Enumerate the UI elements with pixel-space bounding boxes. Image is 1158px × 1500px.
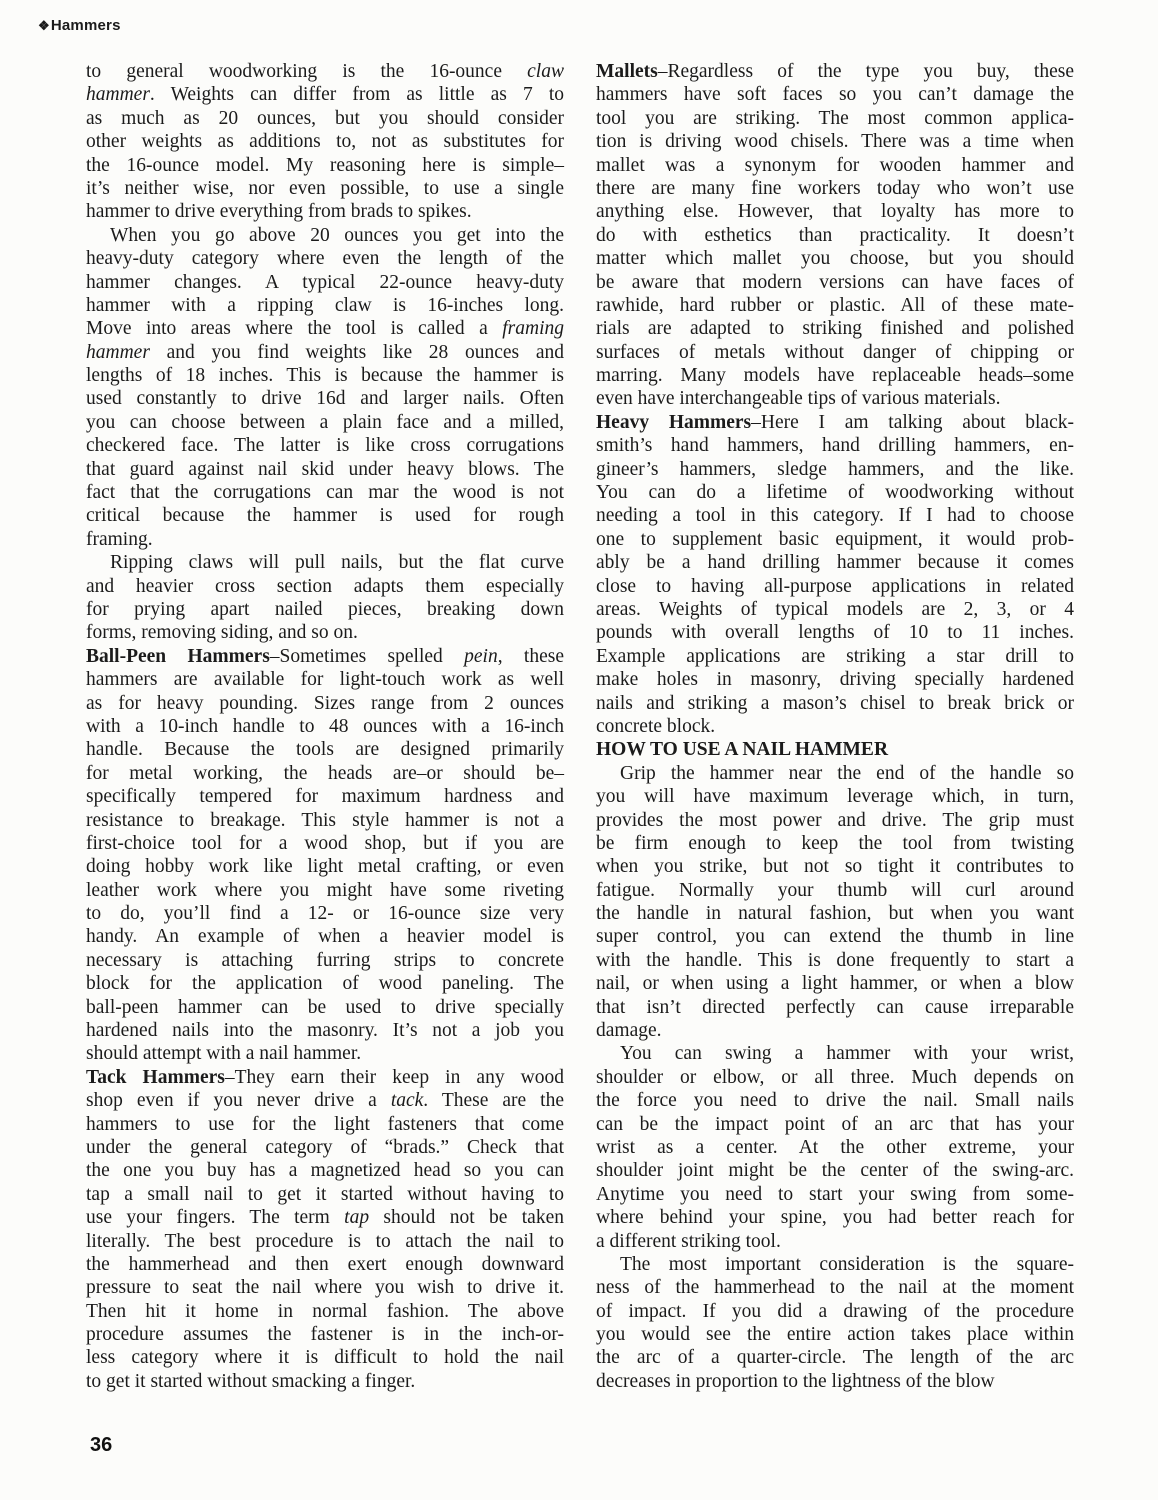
text-line: be aware that modern versions can have f…	[596, 271, 1074, 294]
paragraph: Heavy Hammers–Here I am talking about bl…	[596, 411, 1074, 738]
text-line: that guard against nail skid under heavy…	[86, 458, 564, 481]
text-line: hardened nails into the masonry. It’s no…	[86, 1019, 564, 1042]
text-line: block for the application of wood paneli…	[86, 972, 564, 995]
text-line: hammer and you find weights like 28 ounc…	[86, 341, 564, 364]
left-text-column: to general woodworking is the 16-ounce c…	[86, 60, 564, 1393]
paragraph: Mallets–Regardless of the type you buy, …	[596, 60, 1074, 411]
text-line: You can swing a hammer with your wrist,	[596, 1042, 1074, 1065]
text-line: checkered face. The latter is like cross…	[86, 434, 564, 457]
text-line: used constantly to drive 16d and larger …	[86, 387, 564, 410]
text-line: Then hit it home in normal fashion. The …	[86, 1300, 564, 1323]
text-line: super control, you can extend the thumb …	[596, 925, 1074, 948]
text-line: tap a small nail to get it started witho…	[86, 1183, 564, 1206]
text-line: Example applications are striking a star…	[596, 645, 1074, 668]
text-line: that isn’t directed perfectly can cause …	[596, 996, 1074, 1019]
text-line: nail, or when using a light hammer, or w…	[596, 972, 1074, 995]
text-line: the handle in natural fashion, but when …	[596, 902, 1074, 925]
text-line: hammer changes. A typical 22-ounce heavy…	[86, 271, 564, 294]
text-line: with the handle. This is done frequently…	[596, 949, 1074, 972]
text-line: shop even if you never drive a tack. The…	[86, 1089, 564, 1112]
text-line: Grip the hammer near the end of the hand…	[596, 762, 1074, 785]
text-line: lengths of 18 inches. This is because th…	[86, 364, 564, 387]
text-line: Ripping claws will pull nails, but the f…	[86, 551, 564, 574]
text-line: hammers are available for light-touch wo…	[86, 668, 564, 691]
page-number: 36	[90, 1434, 112, 1457]
text-line: shoulder joint might be the center of th…	[596, 1159, 1074, 1182]
text-line: to do, you’ll find a 12- or 16-ounce siz…	[86, 902, 564, 925]
text-line: should attempt with a nail hammer.	[86, 1042, 564, 1065]
text-line: surfaces of metals without danger of chi…	[596, 341, 1074, 364]
text-line: Tack Hammers–They earn their keep in any…	[86, 1066, 564, 1089]
text-line: matter which mallet you choose, but you …	[596, 247, 1074, 270]
text-line: pressure to seat the nail where you wish…	[86, 1276, 564, 1299]
paragraph: Grip the hammer near the end of the hand…	[596, 762, 1074, 1043]
text-line: less category where it is difficult to h…	[86, 1346, 564, 1369]
text-line: Ball-Peen Hammers–Sometimes spelled pein…	[86, 645, 564, 668]
text-line: tion is driving wood chisels. There was …	[596, 130, 1074, 153]
text-line: decreases in proportion to the lightness…	[596, 1370, 1074, 1393]
text-line: with a 10-inch handle to 48 ounces with …	[86, 715, 564, 738]
paragraph: You can swing a hammer with your wrist,s…	[596, 1042, 1074, 1253]
text-line: gineer’s hammers, sledge hammers, and th…	[596, 458, 1074, 481]
text-line: one to supplement basic equipment, it wo…	[596, 528, 1074, 551]
text-line: can be the impact point of an arc that h…	[596, 1113, 1074, 1136]
text-line: tool you are striking. The most common a…	[596, 107, 1074, 130]
text-line: ball-peen hammer can be used to drive sp…	[86, 996, 564, 1019]
text-line: rials are adapted to striking finished a…	[596, 317, 1074, 340]
text-line: wrist as a center. At the other extreme,…	[596, 1136, 1074, 1159]
text-line: of impact. If you did a drawing of the p…	[596, 1300, 1074, 1323]
text-line: close to having all-purpose applications…	[596, 575, 1074, 598]
paragraph: Ball-Peen Hammers–Sometimes spelled pein…	[86, 645, 564, 1066]
text-line: for metal working, the heads are–or shou…	[86, 762, 564, 785]
paragraph: The most important consideration is the …	[596, 1253, 1074, 1393]
text-line: specifically tempered for maximum hardne…	[86, 785, 564, 808]
text-line: Heavy Hammers–Here I am talking about bl…	[596, 411, 1074, 434]
text-line: damage.	[596, 1019, 1074, 1042]
text-line: the hammerhead and then exert enough dow…	[86, 1253, 564, 1276]
text-line: hammer to drive everything from brads to…	[86, 200, 564, 223]
text-line: rawhide, hard rubber or plastic. All of …	[596, 294, 1074, 317]
paragraph: When you go above 20 ounces you get into…	[86, 224, 564, 551]
text-line: the arc of a quarter-circle. The length …	[596, 1346, 1074, 1369]
text-line: shoulder or elbow, or all three. Much de…	[596, 1066, 1074, 1089]
text-line: be firm enough to keep the tool from twi…	[596, 832, 1074, 855]
text-line: The most important consideration is the …	[596, 1253, 1074, 1276]
text-line: heavy-duty category where even the lengt…	[86, 247, 564, 270]
text-line: framing.	[86, 528, 564, 551]
text-line: to get it started without smacking a fin…	[86, 1370, 564, 1393]
text-line: resistance to breakage. This style hamme…	[86, 809, 564, 832]
text-line: the force you need to drive the nail. Sm…	[596, 1089, 1074, 1112]
text-line: when you strike, but not so tight it con…	[596, 855, 1074, 878]
text-line: doing hobby work like light metal crafti…	[86, 855, 564, 878]
running-header: ❖Hammers	[38, 17, 121, 34]
text-line: make holes in masonry, driving specially…	[596, 668, 1074, 691]
paragraph: to general woodworking is the 16-ounce c…	[86, 60, 564, 224]
text-line: other weights as additions to, not as su…	[86, 130, 564, 153]
quatrefoil-icon: ❖	[38, 18, 50, 33]
text-line: nails and striking a mason’s chisel to b…	[596, 692, 1074, 715]
text-line: Anytime you need to start your swing fro…	[596, 1183, 1074, 1206]
running-header-label: Hammers	[51, 17, 121, 34]
text-line: even have interchangeable tips of variou…	[596, 387, 1074, 410]
text-line: under the general category of “brads.” C…	[86, 1136, 564, 1159]
text-line: When you go above 20 ounces you get into…	[86, 224, 564, 247]
text-line: the one you buy has a magnetized head so…	[86, 1159, 564, 1182]
text-line: anything else. However, that loyalty has…	[596, 200, 1074, 223]
text-line: Mallets–Regardless of the type you buy, …	[596, 60, 1074, 83]
text-line: concrete block.	[596, 715, 1074, 738]
text-line: for prying apart nailed pieces, breaking…	[86, 598, 564, 621]
text-line: you would see the entire action takes pl…	[596, 1323, 1074, 1346]
text-line: provides the most power and drive. The g…	[596, 809, 1074, 832]
text-line: Move into areas where the tool is called…	[86, 317, 564, 340]
text-line: HOW TO USE A NAIL HAMMER	[596, 738, 1074, 761]
text-line: you can choose between a plain face and …	[86, 411, 564, 434]
text-line: procedure assumes the fastener is in the…	[86, 1323, 564, 1346]
text-line: fatigue. Normally your thumb will curl a…	[596, 879, 1074, 902]
text-line: You can do a lifetime of woodworking wit…	[596, 481, 1074, 504]
text-line: literally. The best procedure is to atta…	[86, 1230, 564, 1253]
text-line: and heavier cross section adapts them es…	[86, 575, 564, 598]
text-line: you will have maximum leverage which, in…	[596, 785, 1074, 808]
text-line: do with esthetics than practicality. It …	[596, 224, 1074, 247]
text-line: hammers to use for the light fasteners t…	[86, 1113, 564, 1136]
text-line: it’s neither wise, nor even possible, to…	[86, 177, 564, 200]
text-line: use your fingers. The term tap should no…	[86, 1206, 564, 1229]
paragraph: Ripping claws will pull nails, but the f…	[86, 551, 564, 645]
text-line: hammers have soft faces so you can’t dam…	[596, 83, 1074, 106]
text-line: critical because the hammer is used for …	[86, 504, 564, 527]
text-line: hammer. Weights can differ from as littl…	[86, 83, 564, 106]
text-line: first-choice tool for a wood shop, but i…	[86, 832, 564, 855]
text-line: handy. An example of when a heavier mode…	[86, 925, 564, 948]
text-line: handle. Because the tools are designed p…	[86, 738, 564, 761]
text-line: there are many fine workers today who wo…	[596, 177, 1074, 200]
text-line: ness of the hammerhead to the nail at th…	[596, 1276, 1074, 1299]
text-line: where behind your spine, you had better …	[596, 1206, 1074, 1229]
text-line: hammer with a ripping claw is 16-inches …	[86, 294, 564, 317]
text-line: necessary is attaching furring strips to…	[86, 949, 564, 972]
text-line: marring. Many models have replaceable he…	[596, 364, 1074, 387]
text-line: needing a tool in this category. If I ha…	[596, 504, 1074, 527]
text-line: smith’s hand hammers, hand drilling hamm…	[596, 434, 1074, 457]
text-line: fact that the corrugations can mar the w…	[86, 481, 564, 504]
text-line: ably be a hand drilling hammer because i…	[596, 551, 1074, 574]
text-line: to general woodworking is the 16-ounce c…	[86, 60, 564, 83]
text-line: as for heavy pounding. Sizes range from …	[86, 692, 564, 715]
text-line: mallet was a synonym for wooden hammer a…	[596, 154, 1074, 177]
text-line: leather work where you might have some r…	[86, 879, 564, 902]
section-heading: HOW TO USE A NAIL HAMMER	[596, 738, 1074, 761]
text-line: the 16-ounce model. My reasoning here is…	[86, 154, 564, 177]
document-page: ❖Hammers to general woodworking is the 1…	[0, 0, 1158, 1500]
text-line: as much as 20 ounces, but you should con…	[86, 107, 564, 130]
paragraph: Tack Hammers–They earn their keep in any…	[86, 1066, 564, 1393]
text-line: a different striking tool.	[596, 1230, 1074, 1253]
text-line: areas. Weights of typical models are 2, …	[596, 598, 1074, 621]
right-text-column: Mallets–Regardless of the type you buy, …	[596, 60, 1074, 1393]
text-line: pounds with overall lengths of 10 to 11 …	[596, 621, 1074, 644]
text-line: forms, removing siding, and so on.	[86, 621, 564, 644]
